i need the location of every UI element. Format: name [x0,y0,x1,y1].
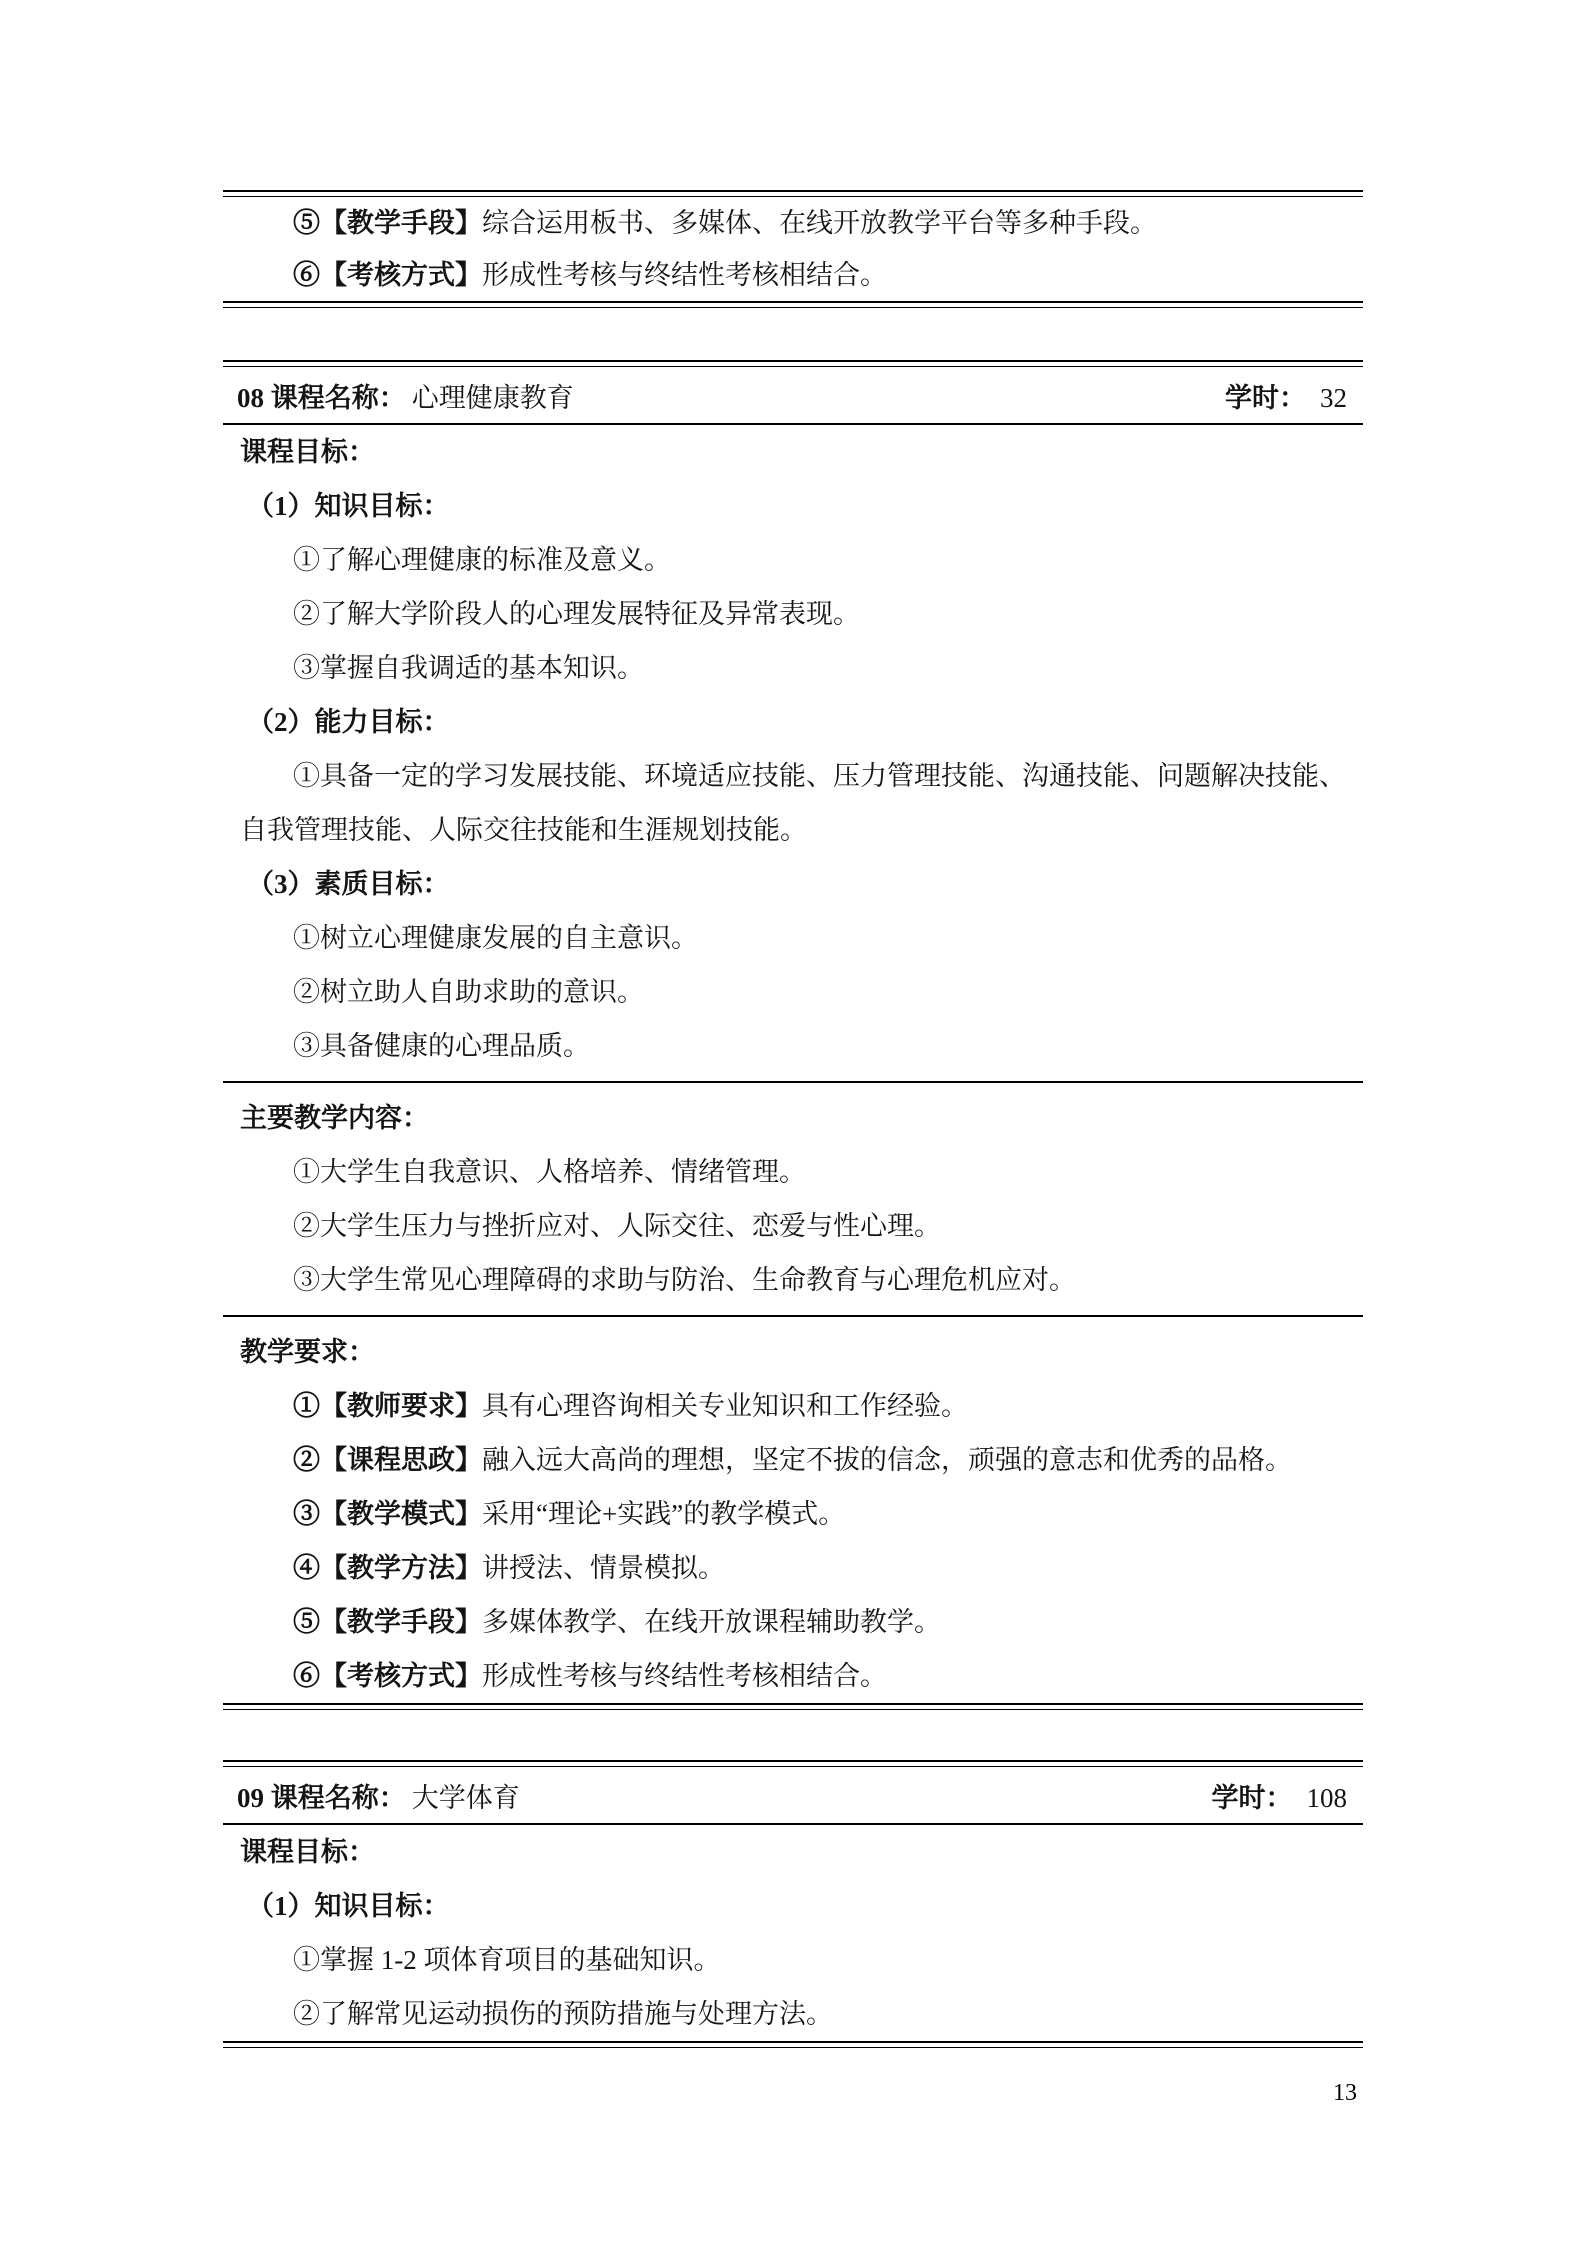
goals-heading: 课程目标： [223,425,1363,479]
course07-tail-table: ⑤【教学手段】综合运用板书、多媒体、在线开放教学平台等多种手段。 ⑥【考核方式】… [223,190,1363,308]
goal-item: ②树立助人自助求助的意识。 [223,965,1363,1019]
table-top-double-rule [223,360,1363,367]
course-code: 09 [237,1783,264,1813]
knowledge-goal-subheading: （1）知识目标： [223,1879,1363,1933]
item-tag: ⑤【教学手段】 [293,208,482,238]
item-text: 采用“理论+实践”的教学模式。 [482,1499,845,1529]
course-name-value: 大学体育 [412,1783,520,1813]
requirement-item: ⑤【教学手段】多媒体教学、在线开放课程辅助教学。 [223,1595,1363,1649]
course-hours-cell: 学时：108 [1212,1776,1348,1815]
requirement-item: ⑥【考核方式】形成性考核与终结性考核相结合。 [223,1649,1363,1703]
table-top-double-rule [223,190,1363,197]
assessment-line: ⑥【考核方式】形成性考核与终结性考核相结合。 [223,249,1363,301]
item-tag: ②【课程思政】 [293,1445,482,1475]
content-item: ②大学生压力与挫折应对、人际交往、恋爱与性心理。 [223,1199,1363,1253]
goal-item: ①掌握 1-2 项体育项目的基础知识。 [223,1933,1363,1987]
table-top-double-rule [223,1760,1363,1767]
course08-header-row: 08 课程名称：心理健康教育 学时：32 [223,367,1363,423]
item-tag: ④【教学方法】 [293,1553,482,1583]
course-name-cell: 09 课程名称：大学体育 [237,1776,520,1815]
table-bottom-double-rule [223,1703,1363,1710]
course09-table: 09 课程名称：大学体育 学时：108 课程目标： （1）知识目标： ①掌握 1… [223,1760,1363,2048]
course09-header-row: 09 课程名称：大学体育 学时：108 [223,1767,1363,1823]
item-tag: ③【教学模式】 [293,1499,482,1529]
requirement-item: ①【教师要求】具有心理咨询相关专业知识和工作经验。 [223,1379,1363,1433]
goal-item: ②了解常见运动损伤的预防措施与处理方法。 [223,1987,1363,2041]
course-name-label: 课程名称： [271,1783,406,1813]
requirement-item: ②【课程思政】融入远大高尚的理想，坚定不拔的信念，顽强的意志和优秀的品格。 [223,1433,1363,1487]
item-text: 多媒体教学、在线开放课程辅助教学。 [482,1607,941,1637]
item-tag: ⑥【考核方式】 [293,260,482,290]
teaching-means-line: ⑤【教学手段】综合运用板书、多媒体、在线开放教学平台等多种手段。 [223,197,1363,249]
content-item: ③大学生常见心理障碍的求助与防治、生命教育与心理危机应对。 [223,1253,1363,1307]
item-tag: ⑥【考核方式】 [293,1661,482,1691]
goals-heading: 课程目标： [223,1825,1363,1879]
course-hours-cell: 学时：32 [1225,376,1347,415]
item-text: 形成性考核与终结性考核相结合。 [482,260,887,290]
requirement-item: ③【教学模式】采用“理论+实践”的教学模式。 [223,1487,1363,1541]
hours-label: 学时： [1225,383,1306,413]
knowledge-goal-subheading: （1）知识目标： [223,479,1363,533]
course-name-value: 心理健康教育 [412,383,574,413]
contents-heading: 主要教学内容： [223,1091,1363,1145]
goal-item: ③具备健康的心理品质。 [223,1019,1363,1073]
ability-goal-subheading: （2）能力目标： [223,695,1363,749]
course08-table: 08 课程名称：心理健康教育 学时：32 课程目标： （1）知识目标： ①了解心… [223,360,1363,1710]
course-name-cell: 08 课程名称：心理健康教育 [237,376,574,415]
quality-goal-subheading: （3）素质目标： [223,857,1363,911]
course-name-label: 课程名称： [271,383,406,413]
item-text: 形成性考核与终结性考核相结合。 [482,1661,887,1691]
content-item: ①大学生自我意识、人格培养、情绪管理。 [223,1145,1363,1199]
goal-item: ①具备一定的学习发展技能、环境适应技能、压力管理技能、沟通技能、问题解决技能、自… [223,749,1363,857]
table-bottom-double-rule [223,2041,1363,2048]
course-code: 08 [237,383,264,413]
goal-item: ①了解心理健康的标准及意义。 [223,533,1363,587]
item-tag: ⑤【教学手段】 [293,1607,482,1637]
goal-item: ①树立心理健康发展的自主意识。 [223,911,1363,965]
section-separator-rule [223,1315,1363,1317]
hours-label: 学时： [1212,1783,1293,1813]
document-page: ⑤【教学手段】综合运用板书、多媒体、在线开放教学平台等多种手段。 ⑥【考核方式】… [0,0,1587,2245]
section-separator-rule [223,1081,1363,1083]
goal-item: ③掌握自我调适的基本知识。 [223,641,1363,695]
goal-item: ②了解大学阶段人的心理发展特征及异常表现。 [223,587,1363,641]
item-text: 综合运用板书、多媒体、在线开放教学平台等多种手段。 [482,208,1157,238]
table-bottom-double-rule [223,301,1363,308]
item-text: 具有心理咨询相关专业知识和工作经验。 [482,1391,968,1421]
requirement-item: ④【教学方法】讲授法、情景模拟。 [223,1541,1363,1595]
hours-value: 32 [1320,383,1347,413]
item-text: 讲授法、情景模拟。 [482,1553,725,1583]
requirements-heading: 教学要求： [223,1325,1363,1379]
item-text: 融入远大高尚的理想，坚定不拔的信念，顽强的意志和优秀的品格。 [482,1445,1292,1475]
page-number: 13 [1333,2080,1357,2107]
item-tag: ①【教师要求】 [293,1391,482,1421]
hours-value: 108 [1307,1783,1348,1813]
